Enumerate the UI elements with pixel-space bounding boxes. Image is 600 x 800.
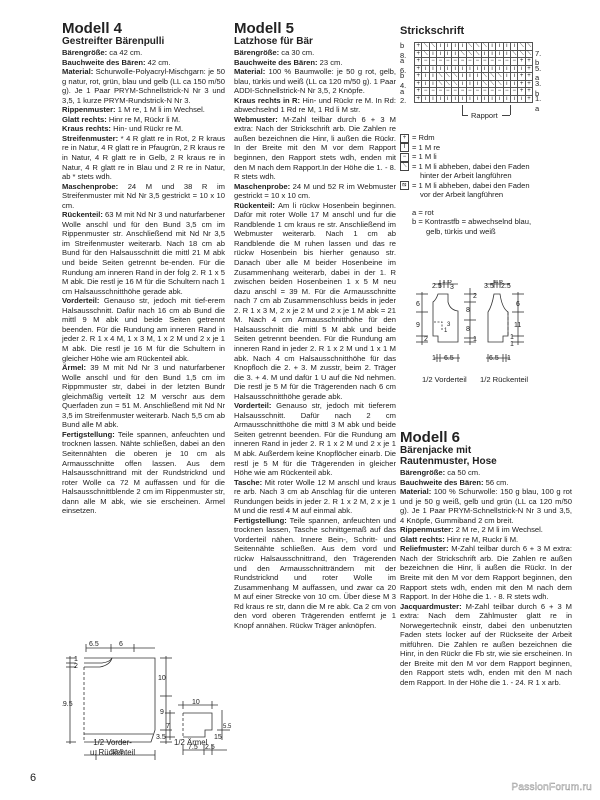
chart-cell: ı: [488, 65, 495, 73]
instruction-paragraph: Glatt rechts: Hinr re M, Ruckr li M.: [400, 535, 572, 545]
instruction-paragraph: Bauchweite des Bären: 42 cm.: [62, 58, 225, 68]
chart-cell: −: [459, 88, 466, 96]
chart-cell: −: [511, 58, 518, 66]
chart-cell: ı: [444, 43, 451, 51]
chart-cell: ı: [437, 43, 444, 51]
chart-cell: −: [437, 58, 444, 66]
chart-cell: ı: [444, 65, 451, 73]
chart-cell: −: [474, 58, 481, 66]
instruction-paragraph: Kraus rechts: Hin- und Rückr re M.: [62, 124, 225, 134]
paragraph-label: Fertigstellung:: [62, 430, 115, 439]
color-key-item: b = Kontrastfb = abwechselnd blau,: [412, 217, 572, 227]
modell-5-schematic: 2.5 1.5 3 6 9 2 3 1 1 6.5 3.5 1.5 2.5 2 …: [400, 280, 540, 390]
modell-6-instructions: Bärengröße: ca 50 cm.Bauchweite des Bäre…: [400, 468, 572, 688]
paragraph-label: Material:: [62, 67, 93, 76]
chart-cell: ı: [496, 95, 503, 103]
paragraph-label: Bärengröße:: [234, 48, 279, 57]
legend-symbol-icon: ⟍: [400, 162, 409, 171]
chart-row: +⟍ıııı⟍⟍⟍ıııı⟍⟍⟍: [415, 50, 533, 58]
chart-cell: ⟍: [511, 50, 518, 58]
chart-cell: −: [488, 58, 495, 66]
instruction-paragraph: Maschenprobe: 24 M und 52 R im Webmuster…: [234, 182, 396, 201]
chart-cell: −: [429, 88, 436, 96]
dim-label: 6.5: [89, 641, 99, 648]
chart-cell: ı: [488, 43, 495, 51]
instruction-paragraph: Glatt rechts: Hinr re M, Rückr li M.: [62, 115, 225, 125]
chart-legend: += RdmI= 1 M re−= 1 M li⟍= 1 M li abhebe…: [400, 133, 572, 200]
chart-cell: ⟍: [481, 80, 488, 88]
chart-cell: ı: [459, 80, 466, 88]
dim-label: 3: [447, 322, 451, 328]
chart-cell: ı: [459, 73, 466, 81]
legend-symbol-icon: +: [400, 134, 409, 143]
legend-text: = 1 M li abheben, dabei den Faden: [412, 181, 530, 190]
dim-label: 1: [74, 656, 78, 663]
chart-cell: ı: [422, 80, 429, 88]
legend-text: = Rdm: [412, 133, 435, 142]
chart-cell: −: [481, 88, 488, 96]
dim-label: 6: [416, 301, 420, 308]
chart-cell: −: [503, 88, 510, 96]
paragraph-text: ca 42 cm.: [107, 48, 142, 57]
paragraph-text: 42 cm.: [146, 58, 171, 67]
chart-cell: +: [415, 65, 422, 73]
dim-label: 1: [432, 355, 436, 362]
chart-cell: ı: [496, 50, 503, 58]
chart-cell: −: [496, 88, 503, 96]
row-label: a 2.: [400, 87, 406, 106]
chart-cell: ı: [451, 43, 458, 51]
modell-4-subtitle: Gestreifter Bärenpulli: [62, 36, 225, 47]
instruction-paragraph: Fertigstellung: Teile spannen, anfeuchte…: [62, 430, 225, 516]
paragraph-label: Bauchweite des Bären:: [234, 58, 318, 67]
chart-cell: ı: [511, 95, 518, 103]
paragraph-text: 39 M mit Nd Nr 3 und naturfarbener Wolle…: [62, 363, 225, 429]
paragraph-label: Ärmel:: [62, 363, 86, 372]
modell-6-title: Modell 6: [400, 431, 572, 445]
instruction-paragraph: Rippenmuster: 1 M re, 1 M li im Wechsel.: [62, 105, 225, 115]
chart-cell: −: [451, 58, 458, 66]
instruction-paragraph: Reliefmuster: M-Zahl teilbar durch 6 + 3…: [400, 544, 572, 601]
modell-5-column: Modell 5 Latzhose für Bär Bärengröße: ca…: [234, 22, 396, 630]
legend-item: I= 1 M re: [400, 143, 572, 153]
instruction-paragraph: Fertigstellung: Teile spannen, anfeuchte…: [234, 516, 396, 631]
dim-label: 8: [466, 307, 470, 314]
dim-label: 19.5: [62, 701, 73, 708]
instruction-paragraph: Ärmel: 39 M mit Nd Nr 3 und naturfarbene…: [62, 363, 225, 430]
chart-cell: +: [525, 73, 532, 81]
modell-6-column: Modell 6 Bärenjacke mit Rautenmuster, Ho…: [400, 431, 572, 688]
color-key: a = rotb = Kontrastfb = abwechselnd blau…: [400, 208, 572, 237]
chart-cell: ⟍: [437, 73, 444, 81]
chart-cell: ı: [511, 73, 518, 81]
chart-cell: −: [466, 88, 473, 96]
chart-cell: ı: [481, 50, 488, 58]
paragraph-label: Rückenteil:: [234, 201, 275, 210]
modell-4-title: Modell 4: [62, 22, 225, 36]
dim-label: 6: [119, 641, 123, 648]
chart-cell: ⟍: [422, 50, 429, 58]
watermark: PassionForum.ru: [511, 782, 592, 793]
instruction-paragraph: Rippenmuster: 2 M re, 2 M li im Wechsel.: [400, 525, 572, 535]
chart-cell: +: [415, 80, 422, 88]
paragraph-label: Glatt rechts:: [400, 535, 445, 544]
dim-label: 9: [416, 322, 420, 329]
chart-cell: ı: [496, 43, 503, 51]
chart-cell: ⟍: [488, 73, 495, 81]
dim-label: 2: [424, 336, 428, 343]
chart-cell: +: [525, 58, 532, 66]
paragraph-text: Hinr re M, Rückr li M.: [107, 115, 180, 124]
paragraph-label: Vorderteil:: [62, 296, 99, 305]
chart-row: +ıı⟍⟍⟍ııı⟍⟍⟍ıı++: [415, 73, 533, 81]
legend-text: vor der Arbeit langführen: [400, 190, 572, 200]
chart-cell: ı: [429, 65, 436, 73]
paragraph-text: Am li rückw Hosenbein beginnen. Dafür mi…: [234, 201, 396, 401]
paragraph-label: Bauchweite des Bären:: [400, 478, 484, 487]
instruction-paragraph: Material: 100 % Baumwolle: je 50 g rot, …: [234, 67, 396, 96]
color-key-item: a = rot: [412, 208, 572, 218]
chart-cell: ⟍: [466, 50, 473, 58]
chart-row: +ıııııııııııııı+: [415, 65, 533, 73]
chart-cell: ı: [511, 80, 518, 88]
chart-cell: +: [518, 58, 525, 66]
chart-cell: ⟍: [488, 80, 495, 88]
paragraph-label: Webmuster:: [234, 115, 278, 124]
dim-label: 2.5: [501, 283, 511, 290]
dim-label: 6: [516, 301, 520, 308]
dim-label: 3: [450, 284, 454, 291]
legend-text: = 1 M li abheben, dabei den Faden: [412, 162, 530, 171]
chart-cell: ı: [488, 50, 495, 58]
chart-cell: +: [525, 95, 532, 103]
paragraph-text: Hinr re M, Ruckr li M.: [445, 535, 518, 544]
modell-5-title: Modell 5: [234, 22, 396, 36]
dim-label: 2: [473, 293, 477, 300]
instruction-paragraph: Webmuster: M-Zahl teilbar durch 6 + 3 M …: [234, 115, 396, 182]
strickschrift-title: Strickschrift: [400, 25, 572, 38]
paragraph-text: Teile spannen, anfeuchten und trocknen l…: [234, 516, 396, 630]
paragraph-label: Material:: [400, 487, 431, 496]
chart-cell: ı: [422, 73, 429, 81]
dim-label: 6.5: [444, 355, 454, 362]
paragraph-label: Rippenmuster:: [62, 105, 116, 114]
chart-cell: ı: [422, 65, 429, 73]
chart-cell: ⟍: [444, 73, 451, 81]
instruction-paragraph: Kraus rechts in R: Hin- und Rückr re M. …: [234, 96, 396, 115]
modell-5-instructions: Bärengröße: ca 30 cm.Bauchweite des Bäre…: [234, 48, 396, 630]
dim-label: 1: [473, 336, 477, 343]
chart-cell: ı: [481, 95, 488, 103]
instruction-paragraph: Bauchweite des Bären: 56 cm.: [400, 478, 572, 488]
dim-label: 1: [510, 334, 514, 341]
instruction-paragraph: Bärengröße: ca 30 cm.: [234, 48, 396, 58]
strickschrift-section: Strickschrift b 8.a 6.b 4.a 2. +⟍⟍ıııı⟍⟍…: [400, 25, 572, 236]
legend-item: ⟍= 1 M li abheben, dabei den Faden: [400, 162, 572, 172]
chart-cell: ⟍: [474, 43, 481, 51]
caption-line: 1/2 Vorder-: [90, 738, 135, 748]
chart-cell: +: [525, 65, 532, 73]
paragraph-label: Maschenprobe:: [62, 182, 118, 191]
dim-label: 1: [444, 328, 448, 334]
legend-item: ⧅= 1 M li abheben, dabei den Faden: [400, 181, 572, 191]
paragraph-text: ca 50 cm.: [445, 468, 480, 477]
paragraph-label: Streifenmuster:: [62, 134, 118, 143]
paragraph-label: Kraus rechts:: [62, 124, 111, 133]
front-caption: 1/2 Vorderteil: [422, 375, 467, 384]
chart-cell: ı: [474, 73, 481, 81]
chart-cell: ı: [503, 80, 510, 88]
dim-label: 6.5: [489, 355, 499, 362]
chart-cell: ı: [459, 43, 466, 51]
chart-cell: −: [437, 88, 444, 96]
paragraph-text: 2 M re, 2 M li im Wechsel.: [454, 525, 543, 534]
instruction-paragraph: Bauchweite des Bären: 23 cm.: [234, 58, 396, 68]
paragraph-label: Kraus rechts in R:: [234, 96, 300, 105]
knitting-chart-grid: +⟍⟍ıııı⟍⟍⟍ıııı⟍⟍+⟍ıııı⟍⟍⟍ıııı⟍⟍⟍+−−−−−−−…: [414, 42, 533, 103]
legend-item: −= 1 M li: [400, 152, 572, 162]
dim-label: 1: [507, 355, 511, 362]
paragraph-label: Jacquardmuster:: [400, 602, 462, 611]
chart-cell: ı: [503, 73, 510, 81]
chart-cell: ı: [518, 65, 525, 73]
chart-row: +ıı⟍⟍⟍ııı⟍⟍⟍ıı++: [415, 80, 533, 88]
paragraph-text: M-Zahl teilbar durch 6 + 3 M extra: Nach…: [400, 602, 572, 687]
chart-cell: +: [525, 80, 532, 88]
paragraph-label: Vorderteil:: [234, 401, 271, 410]
chart-cell: −: [422, 58, 429, 66]
chart-cell: ⟍: [451, 80, 458, 88]
chart-cell: ı: [444, 50, 451, 58]
paragraph-text: M-Zahl teilbar durch 6 + 3 M extra: Nach…: [234, 115, 396, 181]
modell-4-column: Modell 4 Gestreifter Bärenpulli Bärengrö…: [62, 22, 225, 516]
instruction-paragraph: Rückenteil: 63 M mit Nd Nr 3 und naturfa…: [62, 210, 225, 296]
instruction-paragraph: Bärengröße: ca 42 cm.: [62, 48, 225, 58]
paragraph-label: Rippenmuster:: [400, 525, 454, 534]
chart-cell: ı: [503, 95, 510, 103]
instruction-paragraph: Rückenteil: Am li rückw Hosenbein beginn…: [234, 201, 396, 401]
chart-cell: −: [444, 88, 451, 96]
legend-text: = 1 M re: [412, 143, 440, 152]
chart-cell: ⟍: [474, 50, 481, 58]
chart-cell: ı: [511, 43, 518, 51]
chart-cell: ⟍: [496, 80, 503, 88]
paragraph-label: Material:: [234, 67, 265, 76]
paragraph-label: Rückenteil:: [62, 210, 103, 219]
chart-cell: ı: [451, 95, 458, 103]
caption-line: u. Rückenteil: [90, 748, 135, 758]
dim-label: 8: [466, 326, 470, 333]
color-key-letter: b: [412, 217, 416, 226]
chart-row: +−−−−−−−−−−−−−++: [415, 58, 533, 66]
chart-cell: ⟍: [481, 73, 488, 81]
chart-cell: ı: [518, 95, 525, 103]
chart-cell: ı: [466, 73, 473, 81]
knitting-chart: b 8.a 6.b 4.a 2. +⟍⟍ıııı⟍⟍⟍ıııı⟍⟍+⟍ıııı⟍…: [414, 42, 572, 103]
paragraph-text: 56 cm.: [484, 478, 509, 487]
chart-cell: ı: [496, 65, 503, 73]
paragraph-text: Genauso str, jedoch mit tief-erem Halsau…: [62, 296, 225, 362]
chart-cell: ı: [437, 50, 444, 58]
paragraph-text: Hin- und Rückr re M.: [111, 124, 183, 133]
dim-label: 7: [166, 723, 170, 730]
chart-cell: ı: [459, 95, 466, 103]
dim-label: 10: [158, 675, 166, 682]
paragraph-text: 63 M mit Nd Nr 3 und naturfarbener Wolle…: [62, 210, 225, 295]
chart-cell: ı: [444, 95, 451, 103]
chart-cell: −: [496, 58, 503, 66]
chart-row: +ıııııııııııııı+: [415, 95, 533, 103]
page-number: 6: [30, 772, 36, 784]
color-key-text: = Kontrastfb = abwechselnd blau,: [418, 217, 531, 226]
chart-cell: ı: [503, 65, 510, 73]
instruction-paragraph: Vorderteil: Genauso str, jedoch mit tief…: [62, 296, 225, 363]
chart-cell: ı: [466, 80, 473, 88]
chart-cell: ı: [429, 80, 436, 88]
chart-cell: ı: [429, 95, 436, 103]
chart-cell: −: [466, 58, 473, 66]
chart-cell: ı: [474, 95, 481, 103]
paragraph-label: Bärengröße:: [400, 468, 445, 477]
legend-text: hinter der Arbeit langführen: [400, 171, 572, 181]
chart-cell: ı: [437, 95, 444, 103]
paragraph-label: Bärengröße:: [62, 48, 107, 57]
paragraph-text: ca 30 cm.: [279, 48, 314, 57]
instruction-paragraph: Jacquardmuster: M-Zahl teilbar durch 6 +…: [400, 602, 572, 688]
chart-cell: −: [474, 88, 481, 96]
chart-cell: ı: [429, 50, 436, 58]
chart-cell: −: [451, 88, 458, 96]
legend-symbol-icon: −: [400, 153, 409, 162]
chart-cell: +: [415, 50, 422, 58]
chart-cell: ı: [503, 50, 510, 58]
chart-cell: ⟍: [525, 50, 532, 58]
dim-label: 10: [192, 699, 200, 706]
chart-cell: ⟍: [481, 43, 488, 51]
chart-cell: +: [415, 43, 422, 51]
paragraph-text: 23 cm.: [318, 58, 343, 67]
chart-cell: −: [481, 58, 488, 66]
chart-cell: ı: [451, 50, 458, 58]
chart-cell: −: [422, 88, 429, 96]
chart-cell: +: [415, 88, 422, 96]
modell-4-instructions: Bärengröße: ca 42 cm.Bauchweite des Bäre…: [62, 48, 225, 516]
paragraph-label: Tasche:: [234, 478, 262, 487]
rapport-marker: Rapport: [414, 103, 572, 123]
instruction-paragraph: Vorderteil: Genauso str, jedoch mit tief…: [234, 401, 396, 477]
chart-cell: +: [415, 73, 422, 81]
chart-cell: ⟍: [496, 73, 503, 81]
chart-cell: +: [415, 58, 422, 66]
instruction-paragraph: Streifenmuster: * 4 R glatt re in Rot, 2…: [62, 134, 225, 182]
chart-row: +⟍⟍ıııı⟍⟍⟍ıııı⟍⟍: [415, 43, 533, 51]
paragraph-text: Genauso str, jedoch mit tieferem Halsaus…: [234, 401, 396, 477]
modell-6-subtitle-2: Rautenmuster, Hose: [400, 456, 572, 467]
legend-symbol-icon: I: [400, 143, 409, 152]
chart-cell: −: [459, 58, 466, 66]
paragraph-text: 1 M re, 1 M li im Wechsel.: [116, 105, 205, 114]
chart-cell: ⟍: [451, 73, 458, 81]
modell-4-sleeve-caption: 1/2 Ärmel: [174, 738, 207, 747]
dim-label: 9: [160, 709, 164, 716]
chart-cell: ⟍: [459, 50, 466, 58]
dim-label: 2.5: [432, 283, 442, 290]
modell-4-schematic: 6.5 6 1 2 19.5 10 9 3.5 12.5 10 7 15 5.5…: [62, 630, 232, 770]
chart-cell: ⟍: [429, 43, 436, 51]
chart-cell: ⟍: [422, 43, 429, 51]
modell-6-subtitle-1: Bärenjacke mit: [400, 445, 572, 456]
chart-cell: ı: [474, 80, 481, 88]
instruction-paragraph: Maschenprobe: 24 M und 38 R im Streifenm…: [62, 182, 225, 211]
chart-cell: +: [415, 95, 422, 103]
color-key-letter: a: [412, 208, 416, 217]
chart-cell: ı: [474, 65, 481, 73]
chart-cell: ⟍: [466, 43, 473, 51]
instruction-paragraph: Bärengröße: ca 50 cm.: [400, 468, 572, 478]
chart-cell: −: [511, 88, 518, 96]
rapport-label: Rapport: [471, 111, 498, 121]
paragraph-label: Bauchweite des Bären:: [62, 58, 146, 67]
chart-cell: −: [429, 58, 436, 66]
chart-cell: ı: [503, 43, 510, 51]
paragraph-label: Reliefmuster:: [400, 544, 449, 553]
chart-cell: −: [444, 58, 451, 66]
chart-cell: ⟍: [437, 80, 444, 88]
instruction-paragraph: Material: Schurwolle-Polyacryl-Mischgarn…: [62, 67, 225, 105]
dim-label: 2: [74, 663, 78, 670]
paragraph-label: Glatt rechts:: [62, 115, 107, 124]
chart-cell: +: [518, 88, 525, 96]
chart-cell: ⟍: [444, 80, 451, 88]
chart-cell: ı: [422, 95, 429, 103]
chart-cell: ⟍: [525, 43, 532, 51]
chart-cell: +: [525, 88, 532, 96]
chart-cell: −: [503, 58, 510, 66]
chart-cell: ı: [459, 65, 466, 73]
chart-cell: ı: [437, 65, 444, 73]
dim-label: 1: [510, 341, 514, 348]
modell-5-subtitle: Latzhose für Bär: [234, 36, 396, 47]
chart-cell: ı: [451, 65, 458, 73]
chart-row: +−−−−−−−−−−−−−++: [415, 88, 533, 96]
chart-cell: ⟍: [518, 50, 525, 58]
back-caption: 1/2 Rückenteil: [480, 375, 528, 384]
dim-label: 11: [514, 322, 521, 329]
instruction-paragraph: Tasche: Mit roter Wolle 12 M anschl und …: [234, 478, 396, 516]
chart-cell: +: [518, 73, 525, 81]
chart-cell: −: [488, 88, 495, 96]
dim-label: 5.5: [223, 724, 232, 730]
chart-cell: ı: [429, 73, 436, 81]
modell-4-body-caption: 1/2 Vorder- u. Rückenteil: [90, 738, 135, 758]
legend-text: = 1 M li: [412, 152, 437, 161]
dim-label: 3.5: [156, 734, 166, 741]
paragraph-label: Maschenprobe:: [234, 182, 290, 191]
chart-cell: ı: [466, 95, 473, 103]
chart-cell: +: [518, 80, 525, 88]
color-key-text: = rot: [418, 208, 433, 217]
chart-cell: ı: [488, 95, 495, 103]
legend-item: += Rdm: [400, 133, 572, 143]
chart-cell: ı: [511, 65, 518, 73]
dim-label: 15: [214, 734, 222, 741]
chart-cell: ı: [466, 65, 473, 73]
instruction-paragraph: Material: 100 % Schurwolle: 150 g blau, …: [400, 487, 572, 525]
paragraph-label: Fertigstellung:: [234, 516, 287, 525]
legend-symbol-icon: ⧅: [400, 181, 409, 190]
chart-cell: ⟍: [518, 43, 525, 51]
chart-cell: ı: [481, 65, 488, 73]
